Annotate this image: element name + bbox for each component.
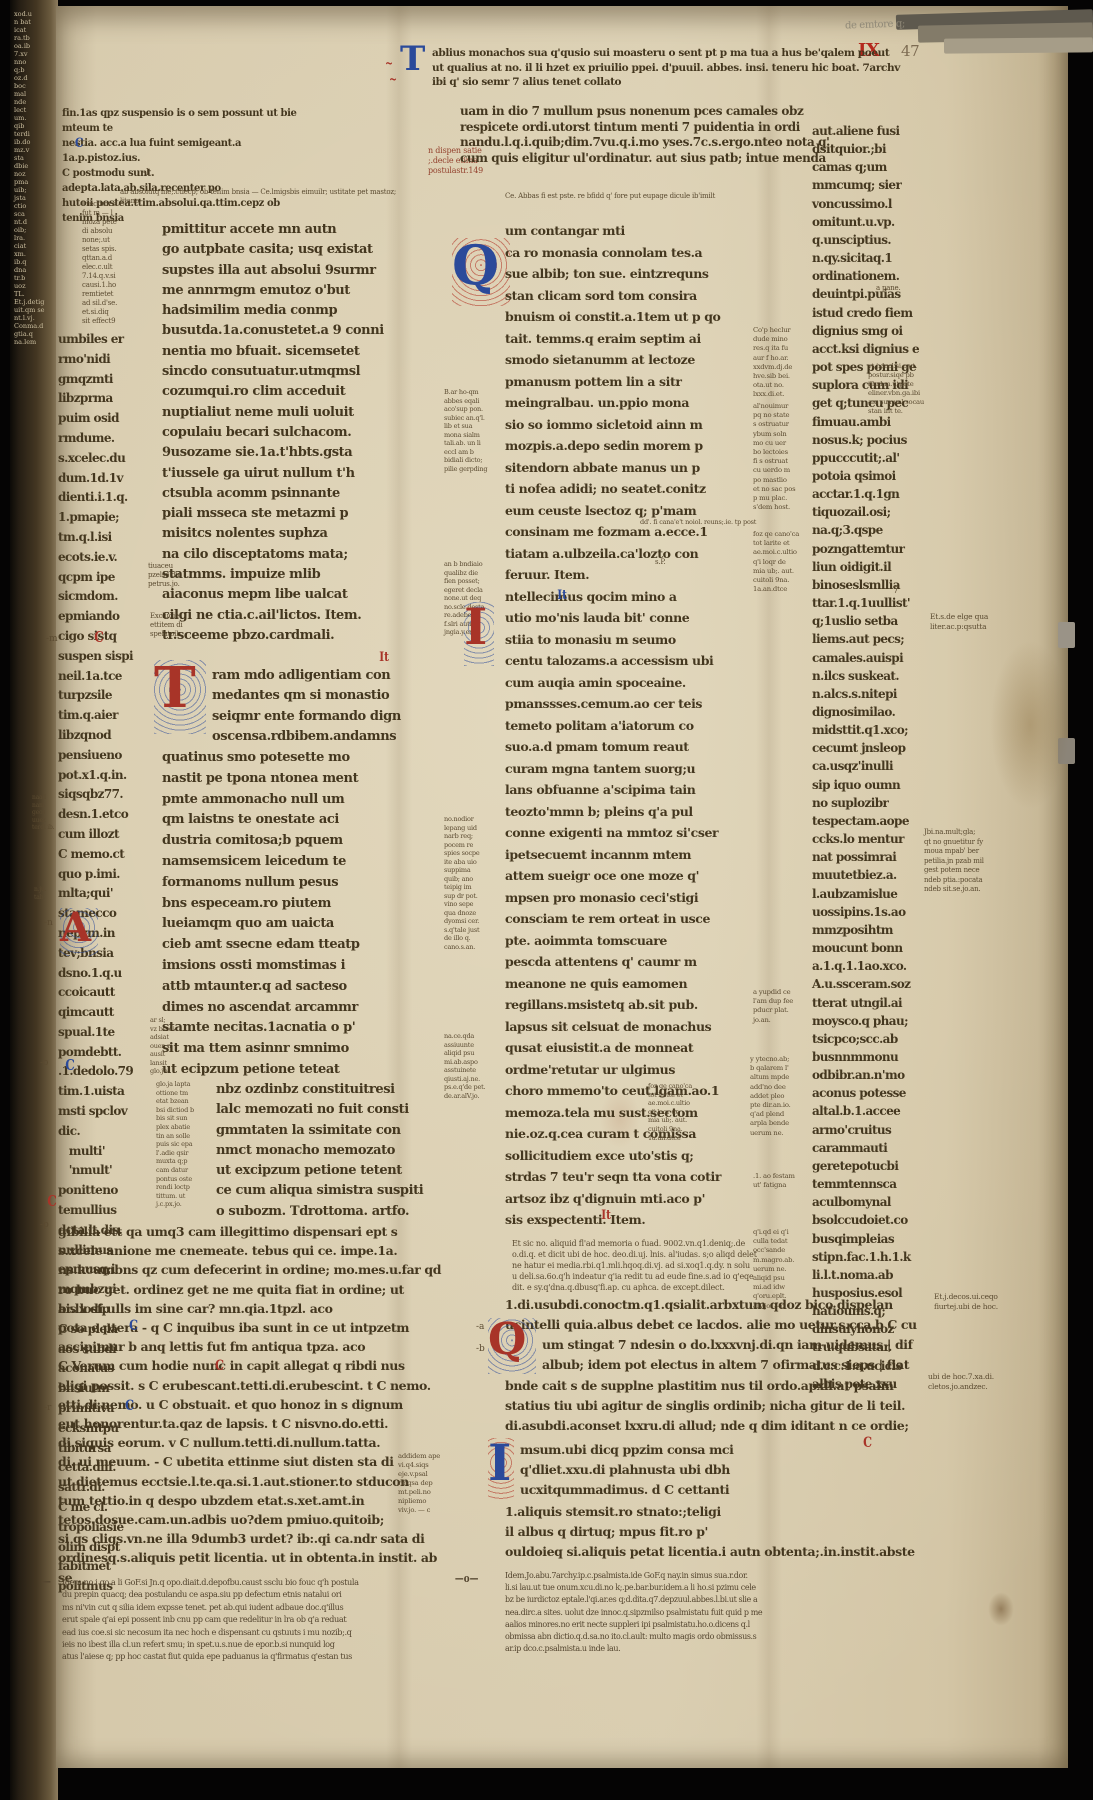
margin-siglum: -o bbox=[40, 1058, 48, 1068]
red-flourish: ~ bbox=[389, 72, 397, 86]
intercolumn-gloss: no.nodior lepang uid narb req; pocem re … bbox=[444, 815, 502, 951]
fore-edge-tab bbox=[1058, 622, 1075, 648]
red-pilcrow: C bbox=[863, 1435, 872, 1451]
margin-note: Et.j.decos.ui.ceqo fiurtej.ubi de hoc. bbox=[934, 1292, 1026, 1312]
top-left-tiny-note: ab absolutq'ine;.ctiecp; ob tenim bnsia … bbox=[120, 188, 410, 206]
red-flourish: ~ bbox=[385, 56, 393, 70]
parchment-stain bbox=[988, 1592, 1014, 1626]
footnote-block-right: Idem.Jo.abu.7archy.ip.c.psalmista.ide Go… bbox=[505, 1570, 859, 1655]
interline-annotation: dd'. fi cana'e't noiol. reuns;.ie. tp po… bbox=[640, 518, 770, 526]
red-pilcrow: C bbox=[215, 1358, 224, 1374]
blue-item-mark: It bbox=[557, 588, 567, 603]
blue-pilcrow: C bbox=[75, 136, 83, 151]
header-note: ablius monachos sua q'qusio sui moasteru… bbox=[432, 46, 1018, 90]
previous-folio-text-fragments: xod.u n bat icat ra.tb oa.ib 7.xv nno q;… bbox=[14, 10, 56, 346]
blue-pilcrow: C bbox=[125, 1398, 134, 1414]
margin-siglum: -a bbox=[476, 1322, 484, 1332]
margin-siglum: -m bbox=[46, 634, 58, 644]
intercolumn-gloss: a yupdid ce l'am dup fee pducr plat. jo.… bbox=[753, 988, 809, 1025]
main-text-column-b: um contangar mti ca ro monasia connolam … bbox=[505, 220, 753, 1231]
intercolumn-gloss: y ytecno.ab; b qalarem l' altum mpde add… bbox=[750, 1055, 810, 1138]
intercolumn-gloss: Co'p heclur dude mino res.q ita fu aur f… bbox=[753, 326, 809, 400]
margin-siglum: -r bbox=[44, 1403, 51, 1413]
margin-note: vt.j.docl.si.c.ut. postur.siqe pb illud … bbox=[868, 362, 940, 416]
margin-note: Jbi.na.mult;gla; qt no gnuetitur fy moua… bbox=[924, 828, 1019, 895]
decorated-initial-i-blue: I bbox=[488, 1438, 514, 1500]
manuscript-scan: xod.u n bat icat ra.tb oa.ib 7.xv nno q;… bbox=[0, 0, 1093, 1800]
intercolumn-gloss: .1. ao festam ut' fatigna bbox=[753, 1172, 809, 1190]
lower-left-text-block: gibilia ett qa umq3 cam illegittimo disp… bbox=[58, 1222, 444, 1587]
footnote-dash: —o— bbox=[455, 1572, 478, 1585]
margin-note: a pane. bbox=[876, 284, 922, 292]
margin-siglum: -n bbox=[44, 918, 53, 928]
red-pilcrow: C bbox=[94, 628, 104, 646]
margin-siglum: -l bbox=[143, 168, 149, 178]
small-siglum-note: s.P. bbox=[655, 558, 679, 566]
right-gloss-column: aut.aliene fusi dsitquior.;bi camas q;um… bbox=[812, 122, 936, 1393]
decorated-initial-t-red: T bbox=[154, 660, 206, 734]
decorated-initial-a-red: A bbox=[60, 908, 98, 956]
decorated-initial-q-red: Q bbox=[488, 1318, 536, 1374]
lower-left-gloss: glo.ja lapta ottione tm etat bzean bsi d… bbox=[156, 1080, 216, 1209]
margin-note: ubi de hoc.7.xa.di. cletos.jo.andzec. bbox=[928, 1372, 1023, 1392]
decorated-initial-q-blue: Q bbox=[452, 238, 510, 306]
intercolumn-gloss: al'nouimur pq no state s ostruatur ybum … bbox=[753, 402, 809, 512]
parchment-stain bbox=[990, 640, 1070, 810]
main-text-column-a: quatinus smo potesette mo nastit pe tpon… bbox=[162, 748, 444, 1081]
left-gloss-note: n.ju. tab. bbox=[34, 886, 58, 901]
intercolumn-gloss: foz qe cano'ca tot larite et ae.moi.c.ul… bbox=[753, 530, 811, 594]
main-text-column-a: ram mdo adligentiam con medantes qm si m… bbox=[212, 666, 444, 747]
lower-tiny-note: addidem ape vi.q4.siqs eje.v.psal rinqsa… bbox=[398, 1452, 460, 1515]
intercolumn-gloss: foz qe cano'ca tot larite et ae.moi.c.ul… bbox=[648, 1082, 702, 1142]
main-text-column-a: nbz ozdinbz constituitresi lalc memozati… bbox=[216, 1080, 444, 1222]
red-item-mark: It bbox=[601, 1208, 611, 1223]
lower-middle-text-block: 1.di.usubdi.conoctm.q1.qsialit.arbxtum q… bbox=[505, 1295, 925, 1335]
margin-siglum: 7 bbox=[893, 586, 899, 596]
left-gloss-note: naad nam geos uuez terdi ib. bbox=[32, 794, 58, 832]
margin-note: Et.s.de elge qua liter.ac.p:qsutta bbox=[930, 612, 1020, 632]
lower-middle-text-block: um stingat 7 ndesin o do.lxxxvnj.di.qn i… bbox=[542, 1335, 925, 1375]
footnote-dash: — bbox=[41, 1574, 51, 1588]
intercolumn-gloss: B.ar ho-qm abbes eqali aco'sup pon. subi… bbox=[444, 388, 502, 473]
lower-middle-text-block: 1.aliquis stemsit.ro stnato:;teligi il a… bbox=[505, 1502, 925, 1562]
margin-siglum: -b bbox=[476, 1344, 485, 1354]
blue-pilcrow: C bbox=[65, 1056, 75, 1074]
red-pilcrow: C bbox=[47, 1192, 57, 1210]
decorated-initial-i-red: I bbox=[464, 602, 494, 666]
red-item-mark: It bbox=[379, 650, 389, 665]
blue-pilcrow: C bbox=[129, 1318, 138, 1334]
main-text-column-a: pmittitur accete mn autn go autpbate cas… bbox=[162, 220, 444, 646]
footnote-block-left: Idem no.i qo.a li GoF.si Jn.q opo.diait.… bbox=[62, 1576, 446, 1663]
margin-siglum: -p bbox=[40, 1220, 49, 1230]
lower-middle-text-block: bnde cait s de supplne plastitim nus til… bbox=[505, 1376, 925, 1436]
interline-annotation: Ce. Abbas fi est pste. re bfidd q' fore … bbox=[505, 192, 815, 200]
left-gloss-note: l rectum si fut m — l moza pete di absol… bbox=[82, 200, 154, 326]
intercolumn-gloss: na.ce.qda assiuunte aliqid psu mi.ab.asp… bbox=[444, 1032, 502, 1100]
decorated-initial-t-header: T bbox=[400, 42, 425, 76]
